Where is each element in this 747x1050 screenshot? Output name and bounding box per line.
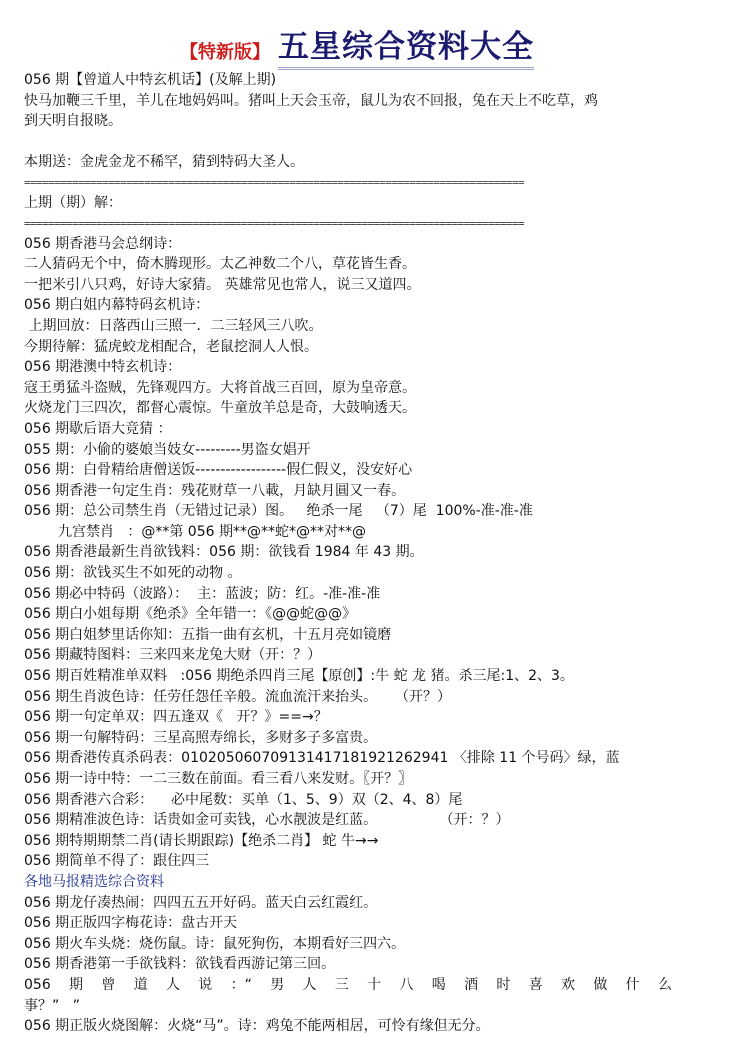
entry-line: 056 期：欲钱买生不如死的动物 。: [24, 563, 724, 584]
entry-line: 056 期正版四字梅花诗：盘古开天: [24, 913, 724, 934]
justified-entry-line-end: 事？” ”: [24, 996, 724, 1017]
document-body: 056 期【曾道人中特玄机话】(及解上期) 快马加鞭三千里，羊儿在地妈妈叫。猪叫…: [24, 70, 724, 1037]
entry-line: 056 期必中特码（波路）： 主：蓝波；防：红。-准-准-准: [24, 584, 724, 605]
entry-line: 056 期：总公司禁生肖（无错过记录）图。 绝杀一尾 （7）尾 100%-准-准…: [24, 501, 724, 522]
entry-line: 056 期白姐梦里话你知：五指一曲有玄机，十五月亮如镜磨: [24, 625, 724, 646]
entry-line: 056 期香港第一手欲钱料：欲钱看西游记第三回。: [24, 954, 724, 975]
entry-line: 056 期龙仔凑热闹：四四五五开好码。蓝天白云红霞红。: [24, 893, 724, 914]
intro-poem-line-1: 快马加鞭三千里，羊儿在地妈妈叫。猪叫上天会玉帝，鼠儿为农不回报，兔在天上不吃草，…: [24, 91, 724, 112]
entry-line: 056 期简单不得了：跟住四三: [24, 851, 724, 872]
section-heading: 各地马报精选综合资料: [24, 872, 724, 893]
entry-line: 056 期一句解特码：三星高照寿绵长，多财多子多富贵。: [24, 728, 724, 749]
separator: ========================================…: [24, 214, 579, 234]
prev-period-label: 上期（期）解：: [24, 193, 724, 214]
entry-line: 056 期白姐内幕特码玄机诗：: [24, 295, 724, 316]
entry-line: 056 期藏特图料：三来四来龙兔大财（开：？）: [24, 645, 724, 666]
entry-line: 二人猜码无个中，倚木腾现形。太乙神数二个八，草花皆生香。: [24, 254, 724, 275]
page-title: 五星综合资料大全: [278, 28, 534, 70]
entry-line: 寇王勇猛斗盗贼，先锋观四方。大将首战三百回，原为皇帝意。: [24, 378, 724, 399]
entry-line: 056 期港澳中特玄机诗：: [24, 357, 724, 378]
entry-line: 一把米引八只鸡，好诗大家猜。 英雄常见也常人，说三又道四。: [24, 275, 724, 296]
entry-line: 今期待解：猛虎蛟龙相配合，老鼠挖洞人人恨。: [24, 337, 724, 358]
entry-line: 056 期精准波色诗：话贵如金可卖钱，心水靓波是红蓝。 （开：？）: [24, 810, 724, 831]
justified-entry-line: 056 期 曾 道 人 说 ：“ 男 人 三 十 八 喝 酒 时 喜 欢 做 什…: [24, 975, 672, 996]
edition-badge: 【特新版】: [180, 38, 270, 64]
entry-line: 056 期白小姐每期《绝杀》全年错一：《@@蛇@@》: [24, 604, 724, 625]
entry-line: 九宫禁肖 ：@**第 056 期**@**蛇*@**对**@: [24, 522, 724, 543]
intro-heading: 056 期【曾道人中特玄机话】(及解上期): [24, 70, 724, 91]
entry-line: 056 期：白骨精给唐僧送饭------------------假仁假义，没安好…: [24, 460, 724, 481]
entry-line: 056 期一句定单双：四五逢双《 开？》==→？: [24, 707, 724, 728]
entry-line: 056 期香港马会总纲诗：: [24, 234, 724, 255]
entry-line: 056 期一诗中特：一二三数在前面。看三看八来发财。〖开？〗: [24, 769, 724, 790]
entry-line: 056 期香港传真杀码表：010205060709131417181921262…: [24, 748, 724, 769]
intro-poem-line-2: 到天明自报晓。: [24, 111, 724, 132]
entry-line: 056 期特期期禁二肖(请长期跟踪)【绝杀二肖】 蛇 牛→→: [24, 831, 724, 852]
entry-line: 056 期正版火烧图解：火烧“马”。诗：鸡兔不能两相居，可怜有缘但无分。: [24, 1016, 724, 1037]
blank-line: [24, 132, 724, 153]
entry-line: 056 期歇后语大竞猜 ：: [24, 419, 724, 440]
separator: ========================================…: [24, 173, 579, 193]
entry-line: 056 期香港最新生肖欲钱料：056 期：欲钱看 1984 年 43 期。: [24, 542, 724, 563]
entry-line: 火烧龙门三四次，都督心震惊。牛童放羊总是奇，大鼓响透天。: [24, 398, 724, 419]
page-header: 【特新版】 五星综合资料大全: [180, 22, 534, 70]
entry-line: 056 期百姓精准单双料 :056 期绝杀四肖三尾【原创】:牛 蛇 龙 猪。杀三…: [24, 666, 724, 687]
entry-line: 056 期香港六合彩： 必中尾数：买单（1、5、9）双（2、4、8）尾: [24, 790, 724, 811]
entry-line: 056 期香港一句定生肖：残花财草一八載，月缺月圓又一春。: [24, 481, 724, 502]
gift-line: 本期送：金虎金龙不稀罕，猜到特码大圣人。: [24, 152, 724, 173]
entry-line: 056 期火车头烧：烧伤鼠。诗：鼠死狗伤，本期看好三四六。: [24, 934, 724, 955]
entry-line: 上期回放：日落西山三照一．二三轻风三八吹。: [24, 316, 724, 337]
entry-line: 055 期：小偷的婆娘当妓女---------男盗女娼开: [24, 440, 724, 461]
entry-line: 056 期生肖波色诗：任劳任怨任辛般。流血流汗来抬头。 （开？）: [24, 687, 724, 708]
